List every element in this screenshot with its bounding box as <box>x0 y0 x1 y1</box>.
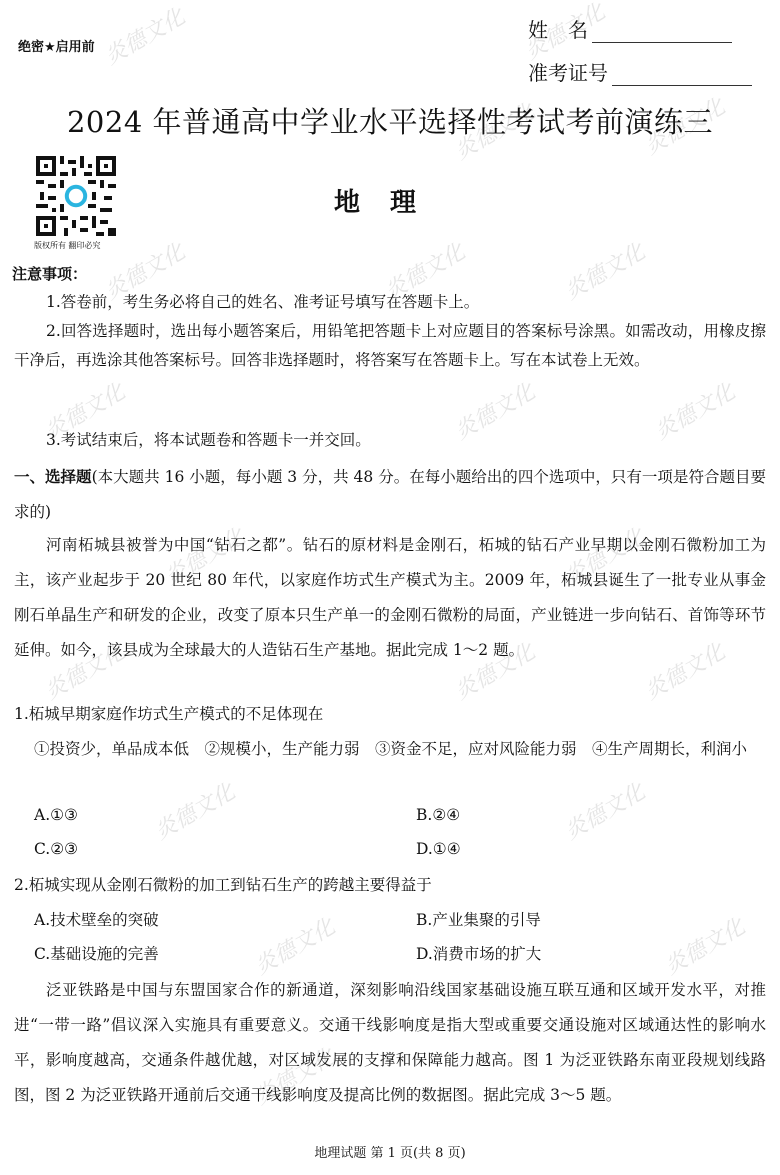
option-b[interactable]: B.②④ <box>416 806 460 824</box>
question-2-stem: 2.柘城实现从金刚石微粉的加工到钻石生产的跨越主要得益于 <box>14 873 432 895</box>
subject-title: 地理 <box>0 182 780 219</box>
option-b[interactable]: B.产业集聚的引导 <box>416 908 541 930</box>
passage-1: 河南柘城县被誉为中国“钻石之都”。钻石的原材料是金刚石，柘城的钻石产业早期以金刚… <box>14 528 766 668</box>
option-d[interactable]: D.①④ <box>416 840 461 858</box>
notes-heading: 注意事项： <box>12 263 87 284</box>
watermark: 炎德文化 <box>658 910 750 981</box>
page-footer: 地理试题 第 1 页(共 8 页) <box>0 1142 780 1161</box>
qr-caption: 版权所有 翻印必究 <box>34 240 101 251</box>
name-input-line[interactable] <box>592 20 732 43</box>
watermark: 炎德文化 <box>248 910 340 981</box>
name-label: 姓 名 <box>528 14 588 43</box>
id-label: 准考证号 <box>528 57 608 86</box>
note-item: 1.答卷前，考生务必将自己的姓名、准考证号填写在答题卡上。 <box>14 288 766 317</box>
question-1-statements: ①投资少，单品成本低 ②规模小，生产能力弱 ③资金不足，应对风险能力弱 ④生产周… <box>34 732 767 766</box>
name-field: 姓 名 <box>528 14 732 43</box>
watermark: 炎德文化 <box>558 775 650 846</box>
option-c[interactable]: C.②③ <box>34 840 78 858</box>
option-d[interactable]: D.消费市场的扩大 <box>416 942 541 964</box>
watermark: 炎德文化 <box>98 0 190 71</box>
option-a[interactable]: A.技术壁垒的突破 <box>34 908 159 930</box>
question-1-stem: 1.柘城早期家庭作坊式生产模式的不足体现在 <box>14 702 323 724</box>
section-header: 一、选择题(本大题共 16 小题，每小题 3 分，共 48 分。在每小题给出的四… <box>14 460 766 530</box>
note-item: 3.考试结束后，将本试题卷和答题卡一并交回。 <box>14 426 766 455</box>
confidential-label: 绝密★启用前 <box>18 36 95 55</box>
section-desc: (本大题共 16 小题，每小题 3 分，共 48 分。在每小题给出的四个选项中，… <box>14 468 766 521</box>
id-input-line[interactable] <box>612 63 752 86</box>
watermark: 炎德文化 <box>148 775 240 846</box>
section-title: 一、选择题 <box>14 468 92 486</box>
exam-title: 2024 年普通高中学业水平选择性考试考前演练三 <box>0 100 780 141</box>
option-a[interactable]: A.①③ <box>34 806 78 824</box>
note-item: 2.回答选择题时，选出每小题答案后，用铅笔把答题卡上对应题目的答案标号涂黑。如需… <box>14 317 766 375</box>
option-c[interactable]: C.基础设施的完善 <box>34 942 159 964</box>
passage-2: 泛亚铁路是中国与东盟国家合作的新通道，深刻影响沿线国家基础设施互联互通和区域开发… <box>14 973 766 1113</box>
id-field: 准考证号 <box>528 57 752 86</box>
